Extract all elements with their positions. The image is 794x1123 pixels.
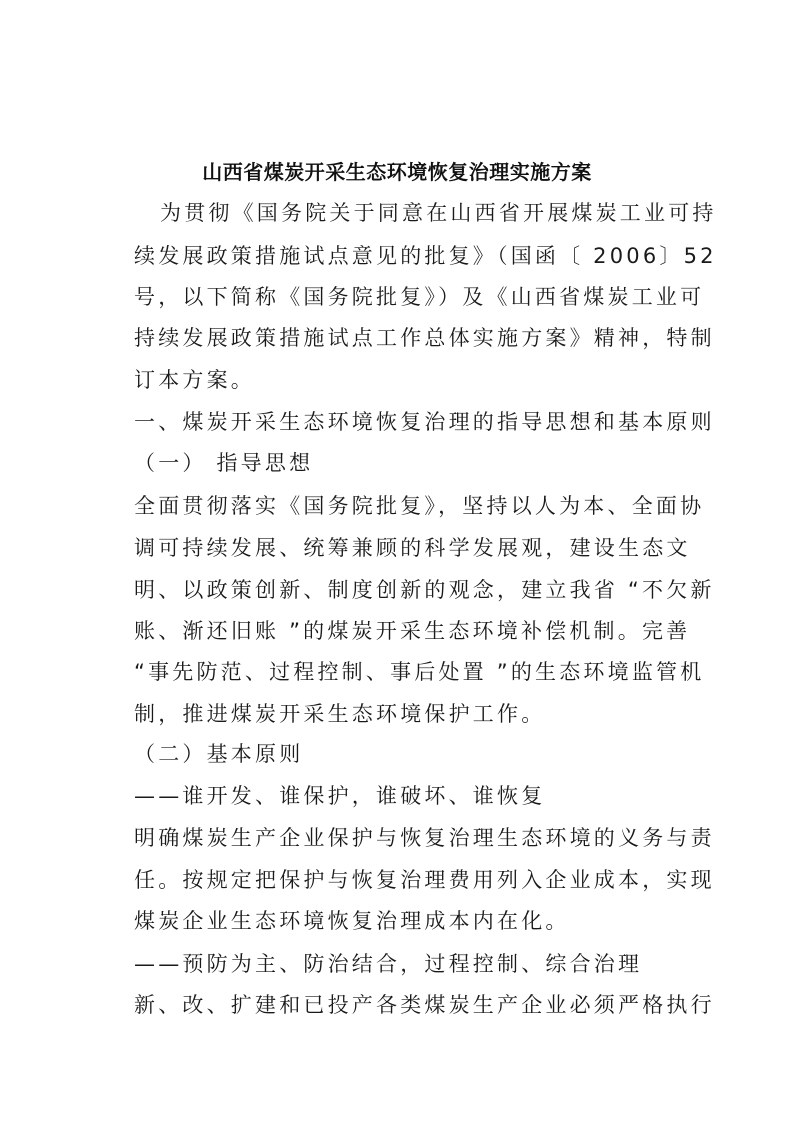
document-page: 山西省煤炭开采生态环境恢复治理实施方案 为贯彻《国务院关于同意在山西省开展煤炭工… xyxy=(0,0,794,1123)
paragraph-line-guiding-4: 账、渐还旧账 ”的煤炭开采生态环境补偿机制。完善 xyxy=(134,617,690,645)
subsection-heading-basic-principles: （二）基本原则 xyxy=(134,740,303,768)
paragraph-line-intro-5: 订本方案。 xyxy=(134,366,255,394)
paragraph-line-guiding-3: 明、以政策创新、制度创新的观念，建立我省 “不欠新 xyxy=(134,576,715,604)
paragraph-line-principle1-1: 明确煤炭生产企业保护与恢复治理生态环境的义务与责 xyxy=(134,824,715,852)
paragraph-line-principle2-1: 新、改、扩建和已投产各类煤炭生产企业必须严格执行 xyxy=(134,991,715,1019)
paragraph-line-guiding-1: 全面贯彻落实《国务院批复》，坚持以人为本、全面协 xyxy=(134,492,704,520)
paragraph-line-guiding-2: 调可持续发展、统筹兼顾的科学发展观，建设生态文 xyxy=(134,534,691,562)
section-heading-1: 一、煤炭开采生态环境恢复治理的指导思想和基本原则 xyxy=(134,408,715,436)
paragraph-line-intro-4: 持续发展政策措施试点工作总体实施方案》精神，特制 xyxy=(134,324,715,352)
principle-heading-1: ——谁开发、谁保护，谁破坏、谁恢复 xyxy=(134,782,545,810)
paragraph-line-intro-2: 续发展政策措施试点意见的批复》（国函〔 2006〕52 xyxy=(134,242,717,270)
paragraph-line-intro-1: 为贯彻《国务院关于同意在山西省开展煤炭工业可持 xyxy=(160,199,717,227)
document-title: 山西省煤炭开采生态环境恢复治理实施方案 xyxy=(0,158,794,186)
paragraph-line-principle1-3: 煤炭企业生态环境恢复治理成本内在化。 xyxy=(134,907,570,935)
paragraph-line-guiding-6: 制，推进煤炭开采生态环境保护工作。 xyxy=(134,700,545,728)
principle-heading-2: ——预防为主、防治结合，过程控制、综合治理 xyxy=(134,950,642,978)
paragraph-line-guiding-5: “事先防范、过程控制、事后处置 ”的生态环境监管机 xyxy=(134,658,704,686)
subsection-heading-guiding-thought: （一） 指导思想 xyxy=(134,449,313,477)
paragraph-line-intro-3: 号，以下简称《国务院批复》）及《山西省煤炭工业可 xyxy=(134,283,704,311)
paragraph-line-principle1-2: 任。按规定把保护与恢复治理费用列入企业成本，实现 xyxy=(134,866,715,894)
